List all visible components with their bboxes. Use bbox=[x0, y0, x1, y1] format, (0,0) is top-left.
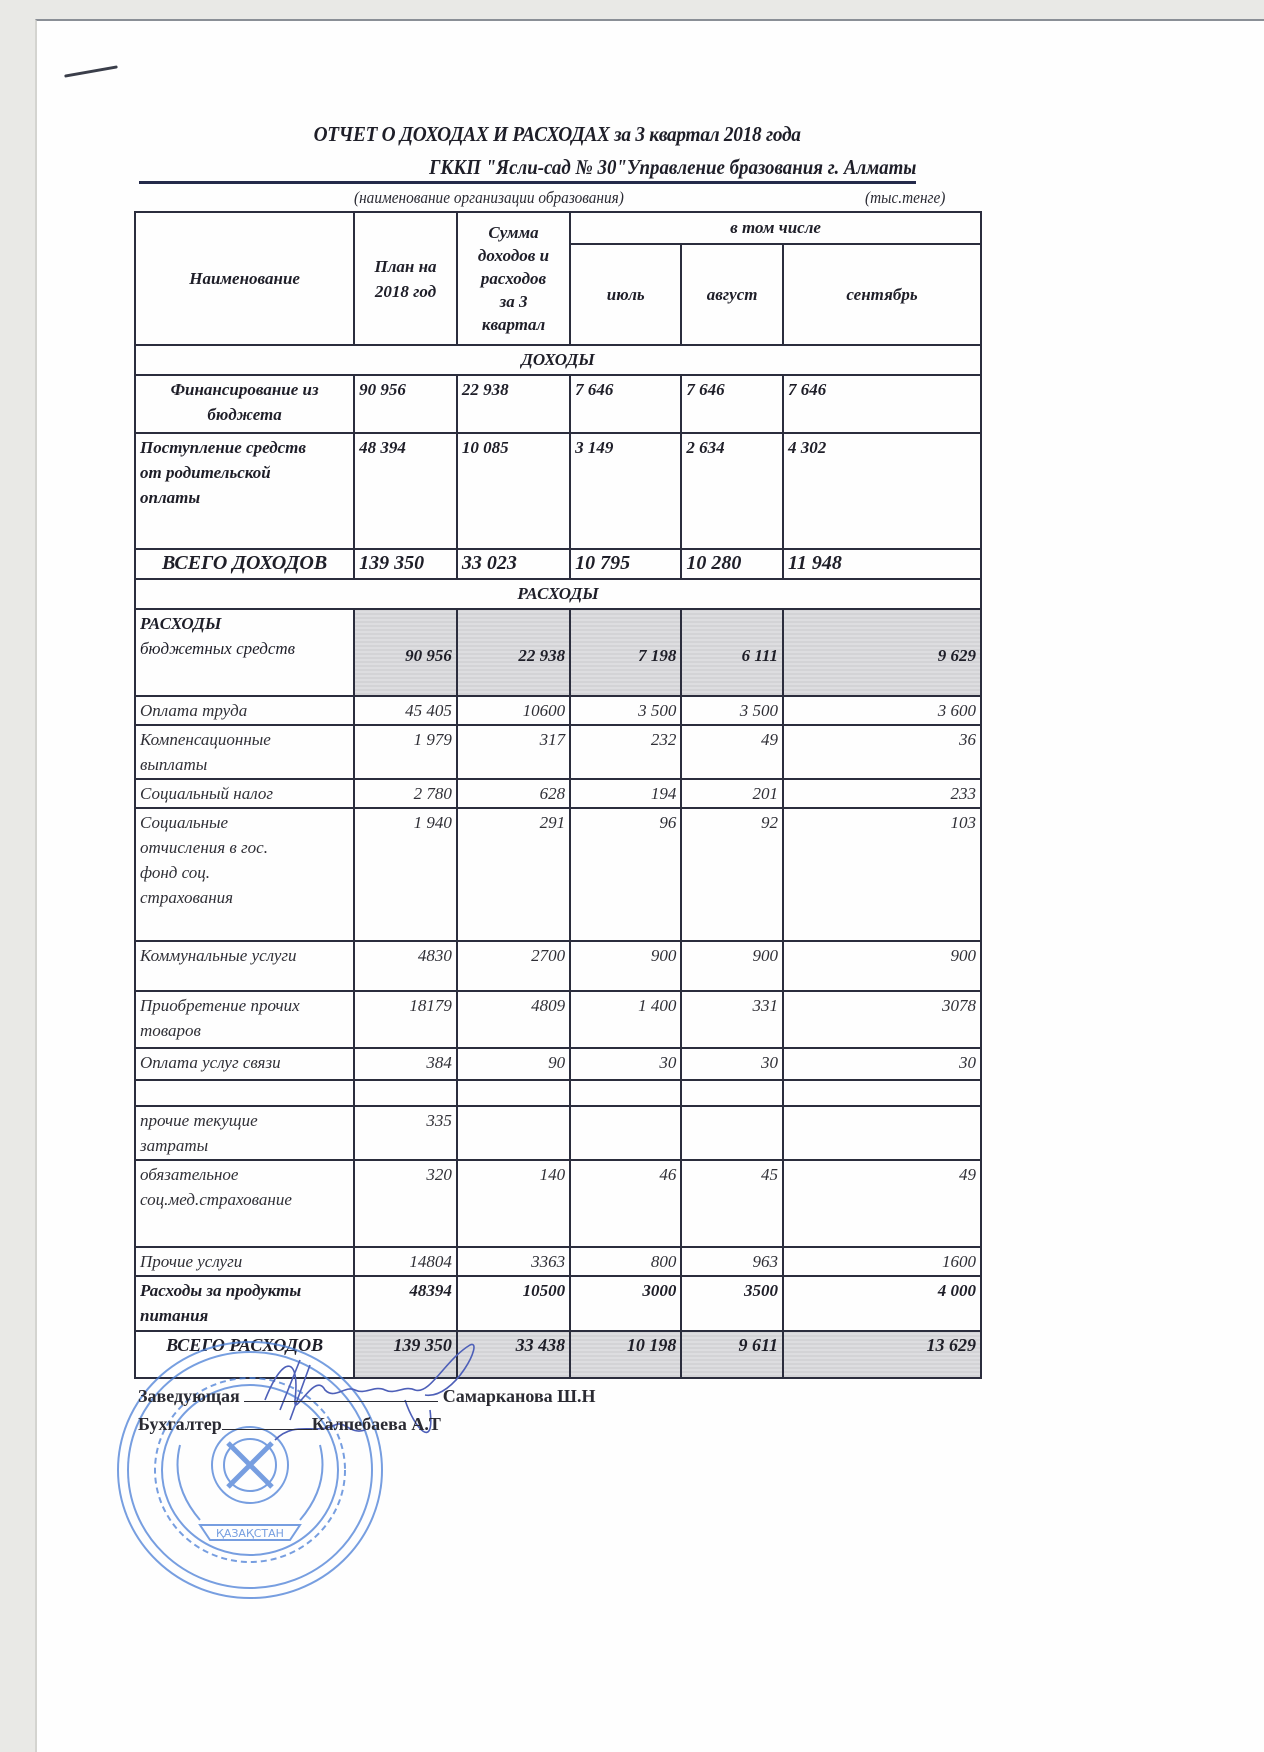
header-september: сентябрь bbox=[783, 244, 981, 345]
cell-jul: 232 bbox=[570, 725, 681, 779]
cell-jul: 800 bbox=[570, 1247, 681, 1276]
cell-aug: 49 bbox=[681, 725, 783, 779]
table-row: Социальныеотчисления в гос.фонд соц.стра… bbox=[135, 808, 981, 941]
cell-plan: 45 405 bbox=[354, 696, 457, 725]
cell-jul: 30 bbox=[570, 1048, 681, 1080]
row-name: Социальный налог bbox=[135, 779, 354, 808]
report-title: ОТЧЕТ О ДОХОДАХ И РАСХОДАХ за 3 квартал … bbox=[46, 122, 1209, 147]
organization-line: ГККП "Ясли-сад № 30"Управление бразовани… bbox=[139, 155, 916, 184]
cell-aug: 6 111 bbox=[681, 609, 783, 696]
cell-sep: 30 bbox=[783, 1048, 981, 1080]
cell-jul: 46 bbox=[570, 1160, 681, 1247]
cell-aug: 30 bbox=[681, 1048, 783, 1080]
cell-aug: 10 280 bbox=[681, 549, 783, 579]
cell-sum: 10600 bbox=[457, 696, 570, 725]
cell-sep bbox=[783, 1080, 981, 1106]
cell-sum: 3363 bbox=[457, 1247, 570, 1276]
row-name: Коммунальные услуги bbox=[135, 941, 354, 991]
cell-plan bbox=[354, 1080, 457, 1106]
cell-jul: 3 149 bbox=[570, 433, 681, 549]
header-including: в том числе bbox=[570, 212, 981, 244]
cell-sep: 233 bbox=[783, 779, 981, 808]
budget-expenses-row: РАСХОДЫбюджетных средств90 95622 9387 19… bbox=[135, 609, 981, 696]
row-name: Оплата труда bbox=[135, 696, 354, 725]
cell-aug: 201 bbox=[681, 779, 783, 808]
cell-sum bbox=[457, 1106, 570, 1160]
cell-plan: 335 bbox=[354, 1106, 457, 1160]
cell-sep: 1600 bbox=[783, 1247, 981, 1276]
row-name: Компенсационныевыплаты bbox=[135, 725, 354, 779]
cell-sum: 291 bbox=[457, 808, 570, 941]
header-august: август bbox=[681, 244, 783, 345]
cell-aug: 45 bbox=[681, 1160, 783, 1247]
cell-sum: 628 bbox=[457, 779, 570, 808]
cell-sep: 4 000 bbox=[783, 1276, 981, 1331]
table-row: Социальный налог2 780628194201233 bbox=[135, 779, 981, 808]
table-row: Расходы за продуктыпитания48394105003000… bbox=[135, 1276, 981, 1331]
header-name: Наименование bbox=[135, 212, 354, 345]
cell-sum: 317 bbox=[457, 725, 570, 779]
header-july: июль bbox=[570, 244, 681, 345]
cell-sep: 103 bbox=[783, 808, 981, 941]
table-row: Финансирование избюджета90 95622 9387 64… bbox=[135, 375, 981, 433]
header-sum: Суммадоходов ирасходовза 3квартал bbox=[457, 212, 570, 345]
table-row: Оплата труда45 405106003 5003 5003 600 bbox=[135, 696, 981, 725]
row-name: обязательноесоц.мед.страхование bbox=[135, 1160, 354, 1247]
row-name: РАСХОДЫбюджетных средств bbox=[135, 609, 354, 696]
director-role: Заведующая bbox=[138, 1386, 240, 1406]
cell-aug: 92 bbox=[681, 808, 783, 941]
income-total-row: ВСЕГО ДОХОДОВ139 35033 02310 79510 28011… bbox=[135, 549, 981, 579]
cell-aug: 2 634 bbox=[681, 433, 783, 549]
cell-plan: 2 780 bbox=[354, 779, 457, 808]
table-row: Приобретение прочихтоваров1817948091 400… bbox=[135, 991, 981, 1048]
cell-sum: 10500 bbox=[457, 1276, 570, 1331]
accountant-name: Калпебаева А.Т bbox=[312, 1414, 441, 1434]
signature-block: Заведующая Самарканова Ш.Н БухгалтерКалп… bbox=[138, 1382, 595, 1438]
cell-plan: 48394 bbox=[354, 1276, 457, 1331]
row-name: прочие текущиезатраты bbox=[135, 1106, 354, 1160]
table-row: прочие текущиезатраты335 bbox=[135, 1106, 981, 1160]
cell-aug: 9 611 bbox=[681, 1331, 783, 1378]
table-row: Поступление средствот родительскойоплаты… bbox=[135, 433, 981, 549]
cell-sep: 36 bbox=[783, 725, 981, 779]
cell-plan: 1 940 bbox=[354, 808, 457, 941]
director-name: Самарканова Ш.Н bbox=[443, 1386, 596, 1406]
row-name: Оплата услуг связи bbox=[135, 1048, 354, 1080]
table-row: Оплата услуг связи38490303030 bbox=[135, 1048, 981, 1080]
cell-sep: 900 bbox=[783, 941, 981, 991]
row-name: Социальныеотчисления в гос.фонд соц.стра… bbox=[135, 808, 354, 941]
cell-sep: 9 629 bbox=[783, 609, 981, 696]
cell-sep: 11 948 bbox=[783, 549, 981, 579]
cell-jul: 7 198 bbox=[570, 609, 681, 696]
cell-sum: 140 bbox=[457, 1160, 570, 1247]
cell-jul: 3000 bbox=[570, 1276, 681, 1331]
cell-aug: 3500 bbox=[681, 1276, 783, 1331]
table-row bbox=[135, 1080, 981, 1106]
cell-sep bbox=[783, 1106, 981, 1160]
cell-plan: 4830 bbox=[354, 941, 457, 991]
row-name bbox=[135, 1080, 354, 1106]
cell-sep: 7 646 bbox=[783, 375, 981, 433]
cell-plan: 384 bbox=[354, 1048, 457, 1080]
income-section-header: ДОХОДЫ bbox=[135, 345, 981, 375]
cell-plan: 90 956 bbox=[354, 375, 457, 433]
cell-sep: 13 629 bbox=[783, 1331, 981, 1378]
cell-jul: 194 bbox=[570, 779, 681, 808]
cell-aug: 3 500 bbox=[681, 696, 783, 725]
cell-jul: 10 198 bbox=[570, 1331, 681, 1378]
accountant-role: Бухгалтер bbox=[138, 1414, 222, 1434]
director-signature-line bbox=[244, 1383, 438, 1402]
units-label: (тыс.тенге) bbox=[865, 188, 945, 208]
cell-plan: 320 bbox=[354, 1160, 457, 1247]
cell-sum: 33 023 bbox=[457, 549, 570, 579]
cell-jul: 96 bbox=[570, 808, 681, 941]
cell-plan: 1 979 bbox=[354, 725, 457, 779]
cell-plan: 48 394 bbox=[354, 433, 457, 549]
cell-aug bbox=[681, 1106, 783, 1160]
signature-accountant: БухгалтерКалпебаева А.Т bbox=[138, 1410, 595, 1438]
row-name: ВСЕГО ДОХОДОВ bbox=[135, 549, 354, 579]
table-row: Коммунальные услуги48302700900900900 bbox=[135, 941, 981, 991]
row-name: Расходы за продуктыпитания bbox=[135, 1276, 354, 1331]
cell-sum: 4809 bbox=[457, 991, 570, 1048]
cell-sep: 3 600 bbox=[783, 696, 981, 725]
organization-name: ГККП "Ясли-сад № 30"Управление бразовани… bbox=[429, 155, 916, 180]
row-name: Поступление средствот родительскойоплаты bbox=[135, 433, 354, 549]
row-name: Приобретение прочихтоваров bbox=[135, 991, 354, 1048]
svg-text:ҚАЗАҚСТАН: ҚАЗАҚСТАН bbox=[216, 1527, 284, 1540]
cell-jul: 10 795 bbox=[570, 549, 681, 579]
cell-sum: 10 085 bbox=[457, 433, 570, 549]
cell-plan: 18179 bbox=[354, 991, 457, 1048]
cell-jul bbox=[570, 1106, 681, 1160]
cell-sep: 49 bbox=[783, 1160, 981, 1247]
cell-aug: 963 bbox=[681, 1247, 783, 1276]
table-row: обязательноесоц.мед.страхование320140464… bbox=[135, 1160, 981, 1247]
table-row: Прочие услуги1480433638009631600 bbox=[135, 1247, 981, 1276]
cell-jul: 7 646 bbox=[570, 375, 681, 433]
cell-aug bbox=[681, 1080, 783, 1106]
cell-plan: 14804 bbox=[354, 1247, 457, 1276]
cell-aug: 331 bbox=[681, 991, 783, 1048]
header-plan: План на2018 год bbox=[354, 212, 457, 345]
cell-sum: 90 bbox=[457, 1048, 570, 1080]
cell-sep: 4 302 bbox=[783, 433, 981, 549]
cell-jul: 900 bbox=[570, 941, 681, 991]
expense-section-row: РАСХОДЫ bbox=[135, 579, 981, 609]
accountant-signature-line bbox=[222, 1411, 312, 1430]
row-name: Прочие услуги bbox=[135, 1247, 354, 1276]
income-expense-table: Наименование План на2018 год Суммадоходо… bbox=[134, 211, 982, 1379]
cell-plan: 139 350 bbox=[354, 549, 457, 579]
cell-aug: 900 bbox=[681, 941, 783, 991]
cell-sep: 3078 bbox=[783, 991, 981, 1048]
cell-jul: 1 400 bbox=[570, 991, 681, 1048]
table-row: Компенсационныевыплаты1 9793172324936 bbox=[135, 725, 981, 779]
cell-sum bbox=[457, 1080, 570, 1106]
cell-jul bbox=[570, 1080, 681, 1106]
cell-plan: 90 956 bbox=[354, 609, 457, 696]
cell-sum: 22 938 bbox=[457, 609, 570, 696]
cell-sum: 22 938 bbox=[457, 375, 570, 433]
row-name: Финансирование избюджета bbox=[135, 375, 354, 433]
expense-section-header: РАСХОДЫ bbox=[135, 579, 981, 609]
signature-director: Заведующая Самарканова Ш.Н bbox=[138, 1382, 595, 1410]
organization-caption: (наименование организации образования) bbox=[354, 188, 624, 208]
cell-jul: 3 500 bbox=[570, 696, 681, 725]
cell-sum: 2700 bbox=[457, 941, 570, 991]
cell-aug: 7 646 bbox=[681, 375, 783, 433]
